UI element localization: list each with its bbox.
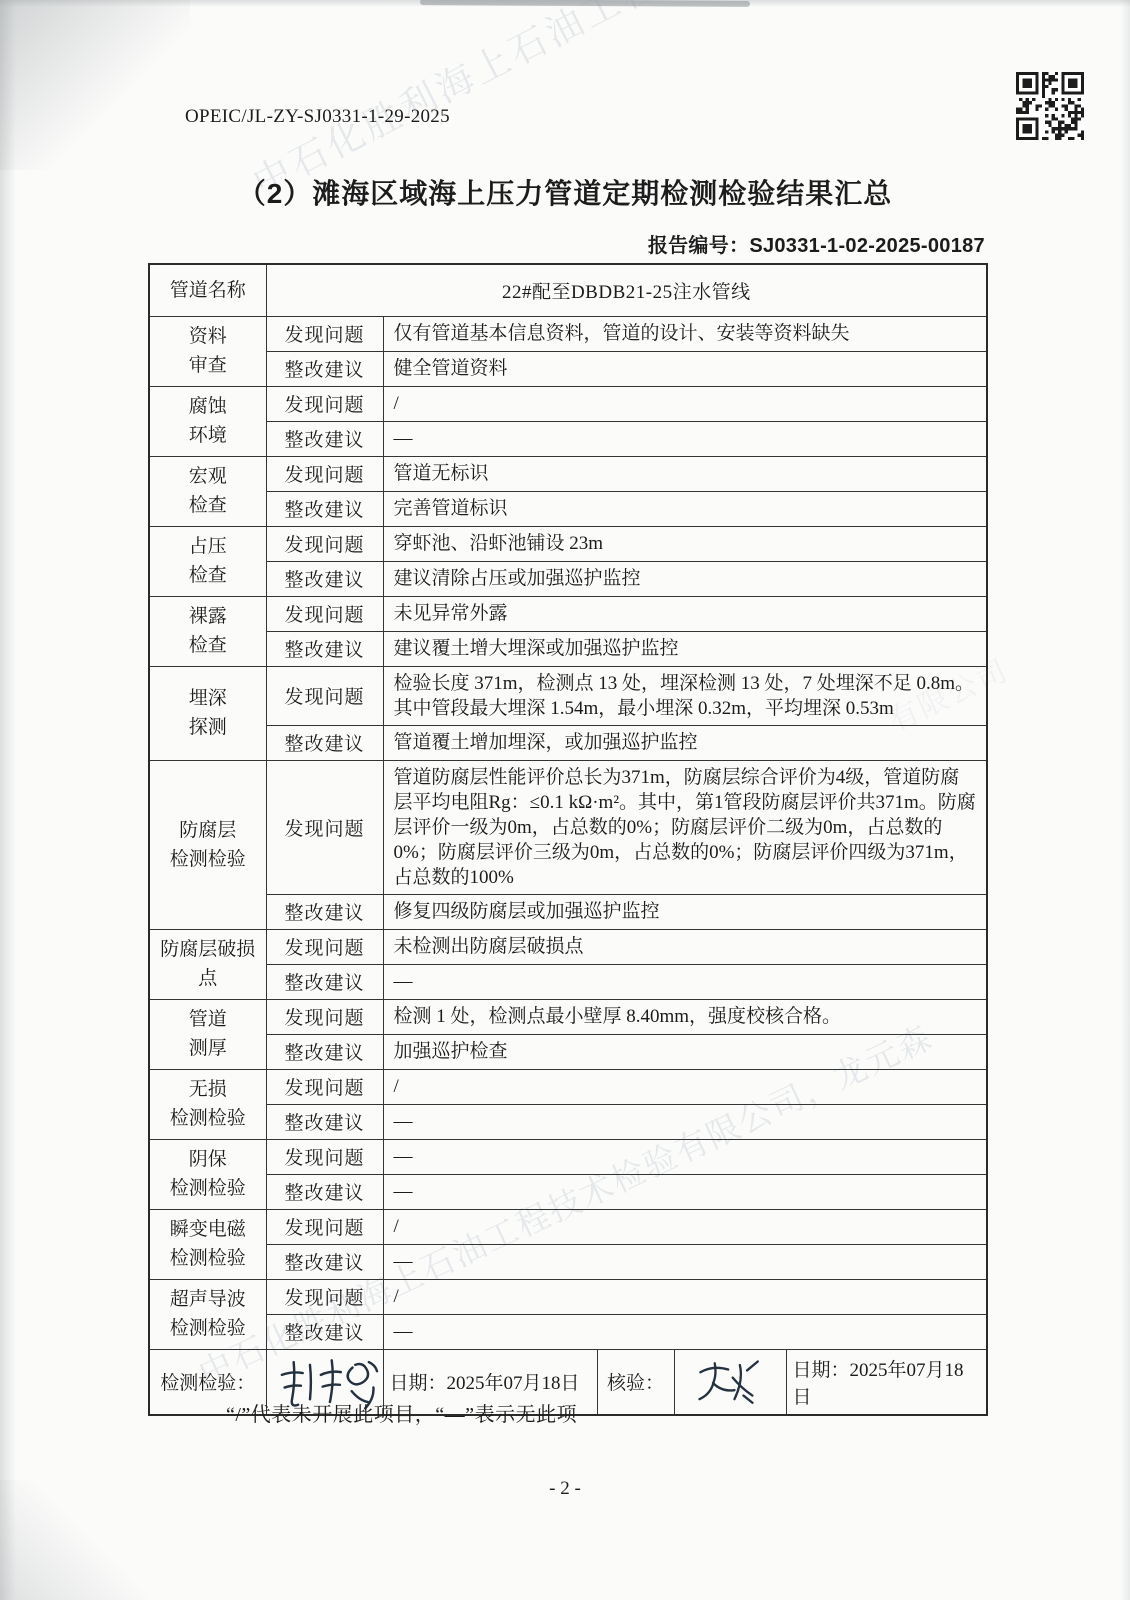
reviewer-label: 核验： (597, 1349, 674, 1415)
suggestion-value-cell: — (383, 1314, 987, 1349)
category-cell: 防腐层破损 点 (149, 929, 266, 999)
section-row: 整改建议修复四级防腐层或加强巡护监控 (149, 894, 987, 929)
issue-label-cell: 发现问题 (266, 666, 383, 725)
section-row: 整改建议— (149, 1104, 987, 1139)
issue-label-cell: 发现问题 (266, 1069, 383, 1104)
issue-value-cell: 检验长度 371m，检测点 13 处，埋深检测 13 处，7 处埋深不足 0.8… (383, 666, 987, 725)
issue-value-cell: 管道防腐层性能评价总长为371m，防腐层综合评价为4级，管道防腐层平均电阻Rg：… (383, 760, 987, 894)
suggestion-value-cell: — (383, 964, 987, 999)
suggestion-label-cell: 整改建议 (266, 351, 383, 386)
section-row: 整改建议加强巡护检查 (149, 1034, 987, 1069)
report-number: 报告编号：SJ0331-1-02-2025-00187 (648, 229, 985, 258)
section-row: 防腐层破损 点发现问题未检测出防腐层破损点 (149, 929, 987, 964)
section-row: 整改建议建议清除占压或加强巡护监控 (149, 561, 987, 596)
category-cell: 无损 检测检验 (149, 1069, 266, 1139)
scan-edge-right (1120, 0, 1130, 1600)
issue-value-cell: 仅有管道基本信息资料，管道的设计、安装等资料缺失 (383, 316, 987, 351)
section-row: 资料 审查发现问题仅有管道基本信息资料，管道的设计、安装等资料缺失 (149, 316, 987, 351)
qr-code-icon (1016, 72, 1084, 140)
suggestion-value-cell: — (383, 1104, 987, 1139)
issue-value-cell: 未见异常外露 (383, 596, 987, 631)
issue-value-cell: / (383, 386, 987, 421)
section-row: 整改建议— (149, 964, 987, 999)
issue-value-cell: / (383, 1209, 987, 1244)
category-cell: 防腐层 检测检验 (149, 760, 266, 929)
suggestion-label-cell: 整改建议 (266, 421, 383, 456)
section-row: 整改建议— (149, 1314, 987, 1349)
report-number-value: SJ0331-1-02-2025-00187 (749, 235, 985, 257)
issue-label-cell: 发现问题 (266, 760, 383, 894)
category-cell: 埋深 探测 (149, 666, 266, 760)
pipeline-name-value: 22#配至DBDB21-25注水管线 (266, 264, 987, 316)
suggestion-value-cell: 管道覆土增加埋深，或加强巡护监控 (383, 725, 987, 760)
section-row: 无损 检测检验发现问题/ (149, 1069, 987, 1104)
suggestion-label-cell: 整改建议 (266, 491, 383, 526)
issue-label-cell: 发现问题 (266, 316, 383, 351)
scanned-report-page: 中石化胜利海上石油工程 中石化胜利海上石油工程技术检验有限公司，龙元森 有限公司… (0, 0, 1130, 1600)
reviewer-date: 日期：2025年07月18日 (786, 1349, 987, 1415)
reviewer-signature-cell (674, 1349, 786, 1415)
issue-label-cell: 发现问题 (266, 1139, 383, 1174)
suggestion-label-cell: 整改建议 (266, 561, 383, 596)
issue-value-cell: — (383, 1139, 987, 1174)
issue-label-cell: 发现问题 (266, 1209, 383, 1244)
suggestion-value-cell: 健全管道资料 (383, 351, 987, 386)
legend-footnote: “/”代表未开展此项目，“—”表示无此项 (226, 1398, 577, 1427)
pipeline-name-label: 管道名称 (149, 264, 266, 316)
category-cell: 阴保 检测检验 (149, 1139, 266, 1209)
suggestion-value-cell: — (383, 421, 987, 456)
page-title: （2）滩海区域海上压力管道定期检测检验结果汇总 (0, 172, 1130, 212)
reviewer-signature-handwriting (687, 1357, 773, 1409)
section-row: 整改建议建议覆土增大埋深或加强巡护监控 (149, 631, 987, 666)
suggestion-value-cell: 修复四级防腐层或加强巡护监控 (383, 894, 987, 929)
suggestion-value-cell: 建议覆土增大埋深或加强巡护监控 (383, 631, 987, 666)
issue-value-cell: 未检测出防腐层破损点 (383, 929, 987, 964)
section-row: 整改建议完善管道标识 (149, 491, 987, 526)
section-row: 埋深 探测发现问题检验长度 371m，检测点 13 处，埋深检测 13 处，7 … (149, 666, 987, 725)
suggestion-value-cell: — (383, 1244, 987, 1279)
issue-value-cell: 穿虾池、沿虾池铺设 23m (383, 526, 987, 561)
issue-value-cell: / (383, 1279, 987, 1314)
suggestion-label-cell: 整改建议 (266, 1104, 383, 1139)
category-cell: 腐蚀 环境 (149, 386, 266, 456)
section-row: 管道 测厚发现问题检测 1 处，检测点最小壁厚 8.40mm，强度校核合格。 (149, 999, 987, 1034)
issue-value-cell: 管道无标识 (383, 456, 987, 491)
section-row: 裸露 检查发现问题未见异常外露 (149, 596, 987, 631)
scan-edge-left (0, 0, 16, 1600)
issue-value-cell: / (383, 1069, 987, 1104)
issue-label-cell: 发现问题 (266, 999, 383, 1034)
category-cell: 占压 检查 (149, 526, 266, 596)
section-row: 整改建议管道覆土增加埋深，或加强巡护监控 (149, 725, 987, 760)
section-row: 整改建议健全管道资料 (149, 351, 987, 386)
issue-value-cell: 检测 1 处，检测点最小壁厚 8.40mm，强度校核合格。 (383, 999, 987, 1034)
category-cell: 裸露 检查 (149, 596, 266, 666)
scan-corner-shadow-top-left (0, 0, 190, 170)
suggestion-value-cell: 建议清除占压或加强巡护监控 (383, 561, 987, 596)
suggestion-value-cell: — (383, 1174, 987, 1209)
section-row: 宏观 检查发现问题管道无标识 (149, 456, 987, 491)
report-number-label: 报告编号： (648, 235, 750, 257)
section-row: 整改建议— (149, 1244, 987, 1279)
suggestion-label-cell: 整改建议 (266, 1174, 383, 1209)
suggestion-label-cell: 整改建议 (266, 1034, 383, 1069)
issue-label-cell: 发现问题 (266, 1279, 383, 1314)
category-cell: 瞬变电磁 检测检验 (149, 1209, 266, 1279)
issue-label-cell: 发现问题 (266, 526, 383, 561)
category-cell: 资料 审查 (149, 316, 266, 386)
pipeline-name-row: 管道名称 22#配至DBDB21-25注水管线 (149, 264, 987, 316)
section-row: 整改建议— (149, 421, 987, 456)
inspection-result-table: 管道名称 22#配至DBDB21-25注水管线 资料 审查发现问题仅有管道基本信… (148, 263, 988, 1416)
section-row: 瞬变电磁 检测检验发现问题/ (149, 1209, 987, 1244)
section-row: 腐蚀 环境发现问题/ (149, 386, 987, 421)
section-row: 防腐层 检测检验发现问题管道防腐层性能评价总长为371m，防腐层综合评价为4级，… (149, 760, 987, 894)
section-row: 超声导波 检测检验发现问题/ (149, 1279, 987, 1314)
section-row: 整改建议— (149, 1174, 987, 1209)
suggestion-value-cell: 完善管道标识 (383, 491, 987, 526)
issue-label-cell: 发现问题 (266, 386, 383, 421)
suggestion-value-cell: 加强巡护检查 (383, 1034, 987, 1069)
category-cell: 超声导波 检测检验 (149, 1279, 266, 1349)
category-cell: 管道 测厚 (149, 999, 266, 1069)
suggestion-label-cell: 整改建议 (266, 725, 383, 760)
issue-label-cell: 发现问题 (266, 596, 383, 631)
issue-label-cell: 发现问题 (266, 456, 383, 491)
section-row: 阴保 检测检验发现问题— (149, 1139, 987, 1174)
suggestion-label-cell: 整改建议 (266, 894, 383, 929)
suggestion-label-cell: 整改建议 (266, 631, 383, 666)
section-row: 占压 检查发现问题穿虾池、沿虾池铺设 23m (149, 526, 987, 561)
issue-label-cell: 发现问题 (266, 929, 383, 964)
page-number: - 2 - (0, 1478, 1130, 1500)
document-code: OPEIC/JL-ZY-SJ0331-1-29-2025 (185, 106, 450, 128)
suggestion-label-cell: 整改建议 (266, 1314, 383, 1349)
suggestion-label-cell: 整改建议 (266, 1244, 383, 1279)
suggestion-label-cell: 整改建议 (266, 964, 383, 999)
category-cell: 宏观 检查 (149, 456, 266, 526)
